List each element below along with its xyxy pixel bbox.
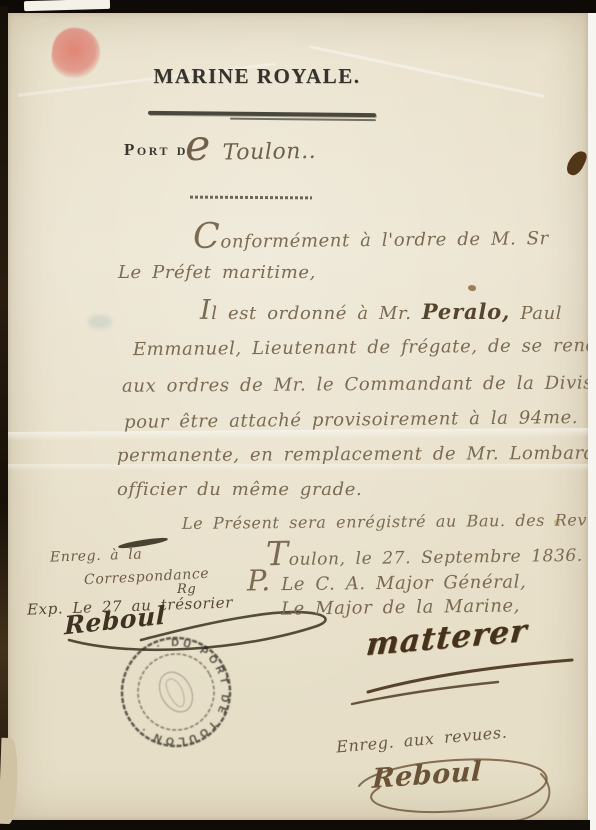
title-rule-thick <box>148 111 376 117</box>
port-value-handwritten: e Toulon.. <box>185 129 317 166</box>
body-line-7: permanente, en remplacement de Mr. Lomba… <box>117 443 596 467</box>
ornamental-dotted-rule <box>190 196 312 200</box>
footer-registration-note: Enreg. aux revues. <box>335 723 508 757</box>
officer-name: Peralo, <box>422 299 510 324</box>
title-rule <box>148 111 376 121</box>
scan-edge-right <box>588 13 596 830</box>
scan-edge-left <box>0 6 8 830</box>
title-rule-thin <box>230 118 376 122</box>
body-line-1: Conformément à l'ordre de M. Sr <box>193 221 549 253</box>
scan-edge-bottom <box>0 820 590 830</box>
closing-line-1: P. Le C. A. Major Général, <box>247 567 527 596</box>
reboul-footer-signature: Reboul <box>372 756 483 795</box>
stamp-ring-text: · DU PORT DE TOULON · <box>114 630 238 754</box>
ink-smudge <box>88 315 112 329</box>
body-line-2: Le Préfet maritime, <box>118 262 316 283</box>
document-page: MARINE ROYALE. Port d e Toulon.. Conform… <box>7 12 588 821</box>
margin-note-registration: Enreg. à la <box>50 546 143 565</box>
matterer-signature: matterer <box>365 613 529 664</box>
body-line-3-pre: Il est ordonné à Mr. <box>200 303 422 324</box>
body-line-4: Emmanuel, Lieutenant de frégate, de se r… <box>133 335 596 360</box>
red-wax-seal <box>49 25 103 81</box>
body-line-3: Il est ordonné à Mr. Peralo, Paul <box>200 299 562 324</box>
body-line-6: pour être attaché provisoirement à la 94… <box>124 406 596 433</box>
date-line: Toulon, le 27. Septembre 1836. <box>266 538 583 570</box>
port-official-stamp: · DU PORT DE TOULON · <box>114 630 238 754</box>
body-line-3-post: Paul <box>510 303 562 324</box>
scanned-document: MARINE ROYALE. Port d e Toulon.. Conform… <box>0 0 596 830</box>
svg-text:· DU PORT DE TOULON ·: · DU PORT DE TOULON · <box>114 630 238 754</box>
port-label: Port d <box>124 140 188 160</box>
body-line-8: officier du même grade. <box>117 479 362 500</box>
page-title: MARINE ROYALE. <box>107 64 407 89</box>
body-line-9: Le Présent sera enrégistré au Bau. des R… <box>182 510 596 533</box>
body-line-5: aux ordres de Mr. le Commandant de la Di… <box>122 372 596 397</box>
ink-speck <box>467 284 477 292</box>
